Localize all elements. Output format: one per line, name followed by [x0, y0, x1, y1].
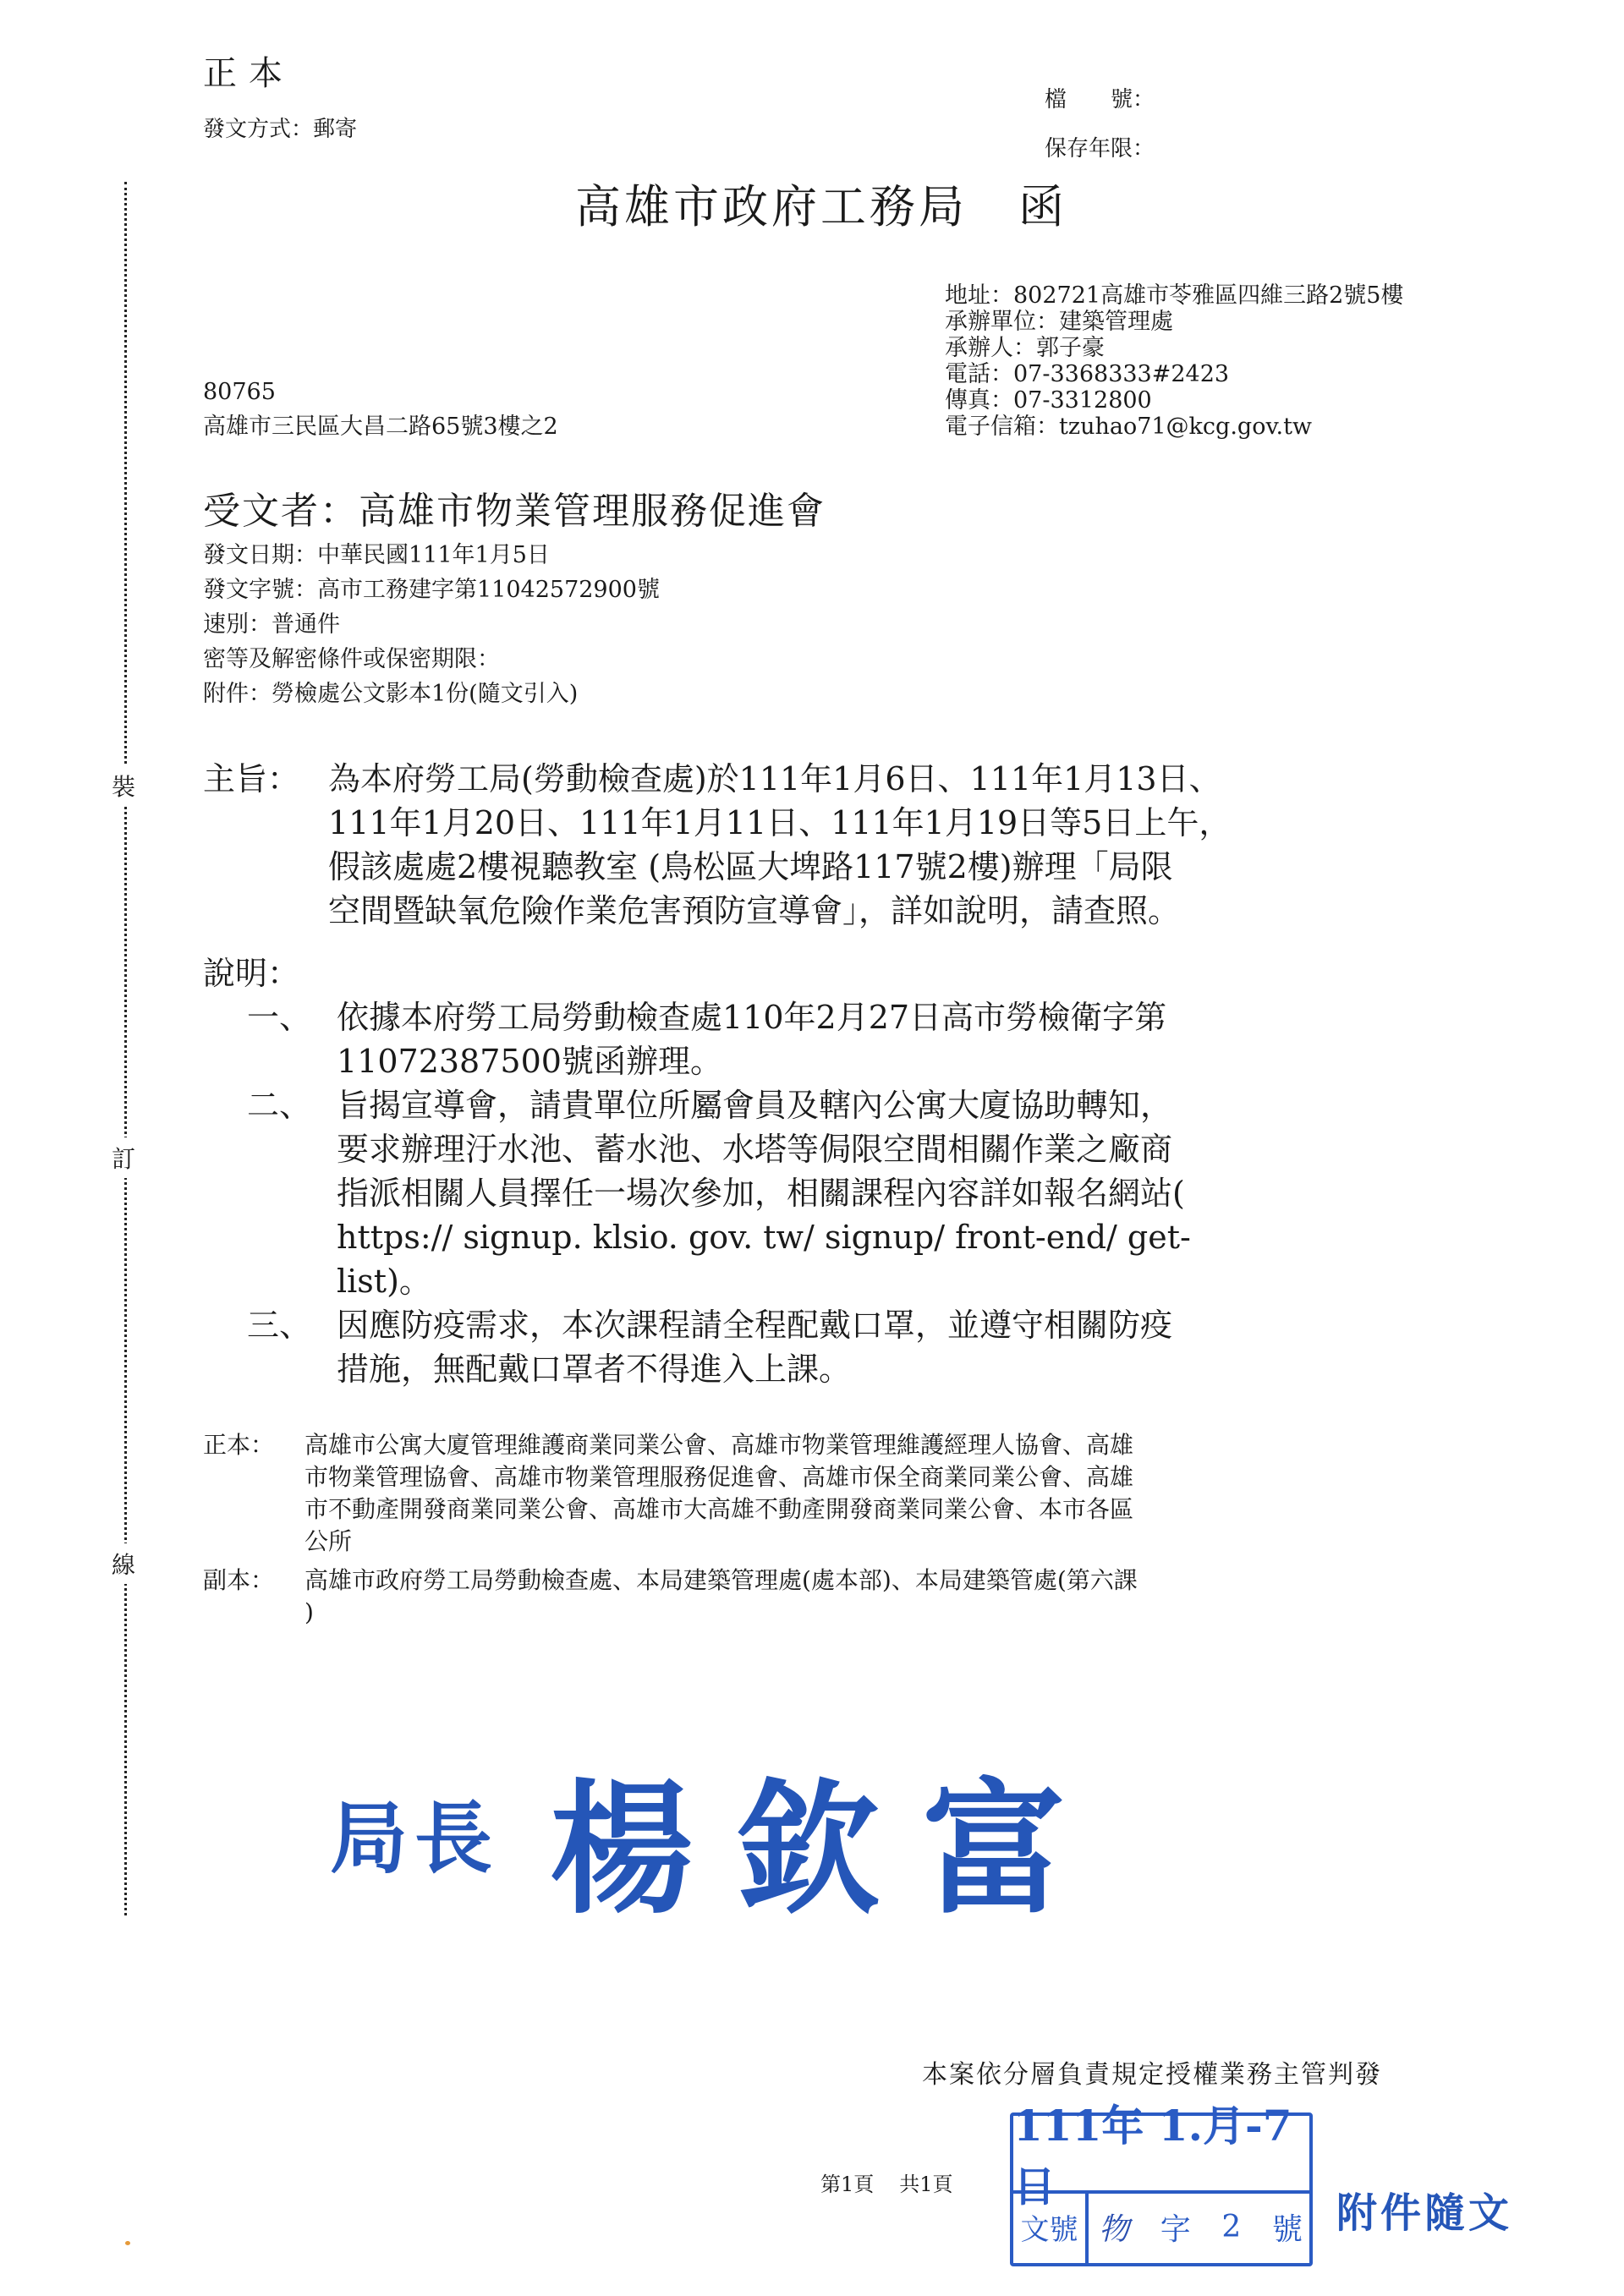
speed-class: 速別：普通件 [203, 607, 660, 642]
explanation-label: 說明： [203, 951, 1522, 995]
original-label: 正本： [203, 1429, 274, 1461]
director-signature-stamp: 局長楊欽富 [330, 1734, 1108, 1941]
copy-label: 副本： [203, 1564, 274, 1597]
subject-line: 空間暨缺氧危險作業危害預防宣導會」，詳如說明，請查照。 [328, 889, 1512, 933]
recipient-address: 高雄市三民區大昌二路65號3樓之2 [203, 408, 558, 441]
item-line: 11072387500號函辦理。 [337, 1039, 1522, 1083]
contact-address: 地址：802721高雄市苓雅區四維三路2號5樓 [945, 282, 1403, 309]
stamp-handwritten-prefix: 物 [1099, 2206, 1129, 2249]
original-line: 公所 [304, 1526, 1522, 1558]
item-number: 三、 [247, 1303, 311, 1347]
item-line: 指派相關人員擇任一場次參加，相關課程內容詳如報名網站( [337, 1171, 1522, 1215]
document-title: 高雄市政府工務局函 [575, 171, 1067, 236]
explanation-item: 二、 旨揭宣導會，請貴單位所屬會員及轄內公寓大廈協助轉知， 要求辦理汙水池、蓄水… [203, 1083, 1522, 1303]
document-meta: 發文日期：中華民國111年1月5日 發文字號：高市工務建字第1104257290… [203, 538, 660, 711]
subject-line: 假該處處2樓視聽教室 (鳥松區大埤路117號2樓)辦理「局限 [328, 845, 1512, 889]
page-number: 第1頁共1頁 [820, 2167, 953, 2197]
contact-fax: 傳真：07-3312800 [945, 387, 1403, 414]
subject-body: 為本府勞工局(勞動檢查處)於111年1月6日、111年1月13日、 111年1月… [328, 757, 1512, 933]
subject-line: 111年1月20日、111年1月11日、111年1月19日等5日上午， [328, 801, 1512, 845]
binding-mark-xian: 線 [112, 1543, 135, 1584]
explanation-item: 三、 因應防疫需求，本次課程請全程配戴口罩，並遵守相關防疫 措施，無配戴口罩者不… [203, 1303, 1522, 1391]
contact-unit: 承辦單位：建築管理處 [945, 309, 1403, 335]
original-line: 市物業管理協會、高雄市物業管理服務促進會、高雄市保全商業同業公會、高雄 [304, 1461, 1522, 1493]
original-line: 高雄市公寓大廈管理維護商業同業公會、高雄市物業管理維護經理人協會、高雄 [304, 1429, 1522, 1461]
item-line: 旨揭宣導會，請貴單位所屬會員及轄內公寓大廈協助轉知， [337, 1083, 1522, 1127]
doc-type: 函 [1018, 180, 1067, 233]
item-line: 因應防疫需求，本次課程請全程配戴口罩，並遵守相關防疫 [337, 1303, 1522, 1347]
copy-line: 高雄市政府勞工局勞動檢查處、本局建築管理處(處本部)、本局建築管處(第六課 [304, 1564, 1522, 1597]
signature-title: 局長 [330, 1793, 499, 1884]
stamp-char: 字 [1160, 2206, 1191, 2249]
stamp-docno-label: 文號 [1013, 2190, 1089, 2263]
signature-name: 楊欽富 [550, 1765, 1108, 1934]
doc-number: 發文字號：高市工務建字第11042572900號 [203, 573, 660, 607]
received-date-stamp: 111年 1.月-7日 文號 物 字 2 號 [1010, 2112, 1313, 2266]
binding-mark-zhuang: 裝 [112, 765, 135, 806]
subject-line: 為本府勞工局(勞動檢查處)於111年1月6日、111年1月13日、 [328, 757, 1512, 801]
stamp-suffix: 號 [1272, 2206, 1303, 2249]
contact-phone: 電話：07-3368333#2423 [945, 361, 1403, 387]
retention-label: 保存年限： [1045, 131, 1155, 162]
copy-type: 正本 [203, 47, 294, 95]
recipient: 受文者：高雄市物業管理服務促進會 [203, 480, 826, 534]
attachment-stamp: 附件隨文 [1336, 2180, 1512, 2238]
stamp-date: 111年 1.月-7日 [1013, 2116, 1309, 2194]
stamp-docno: 物 字 2 號 [1089, 2190, 1309, 2263]
stamp-number: 2 [1221, 2210, 1241, 2244]
item-line: 依據本府勞工局勞動檢查處110年2月27日高市勞檢衛字第 [337, 995, 1522, 1039]
send-method: 發文方式：郵寄 [203, 112, 357, 143]
item-number: 二、 [247, 1083, 311, 1127]
copy-recipients: 副本： 高雄市政府勞工局勞動檢查處、本局建築管理處(處本部)、本局建築管處(第六… [203, 1564, 1522, 1629]
recipient-zip: 80765 [203, 379, 276, 405]
secrecy-level: 密等及解密條件或保密期限： [203, 642, 660, 677]
page-total: 共1頁 [899, 2173, 952, 2196]
item-line: 措施，無配戴口罩者不得進入上課。 [337, 1347, 1522, 1391]
binding-mark-ding: 訂 [112, 1137, 135, 1178]
signup-url-line: https:// signup. klsio. gov. tw/ signup/… [337, 1215, 1522, 1259]
delegation-note: 本案依分層負責規定授權業務主管判發 [922, 2053, 1382, 2091]
copy-line: ) [304, 1597, 1522, 1629]
binding-dotted-line [124, 182, 127, 1915]
scan-artifact-dot [125, 2241, 130, 2245]
item-number: 一、 [247, 995, 311, 1039]
file-number-label: 檔 號： [1045, 82, 1155, 113]
contact-block: 地址：802721高雄市苓雅區四維三路2號5樓 承辦單位：建築管理處 承辦人：郭… [945, 282, 1403, 440]
distribution-section: 正本： 高雄市公寓大廈管理維護商業同業公會、高雄市物業管理維護經理人協會、高雄 … [203, 1429, 1522, 1629]
contact-handler: 承辦人：郭子豪 [945, 335, 1403, 361]
explanation-item: 一、 依據本府勞工局勞動檢查處110年2月27日高市勞檢衛字第 11072387… [203, 995, 1522, 1083]
item-line: 要求辦理汙水池、蓄水池、水塔等侷限空間相關作業之廠商 [337, 1127, 1522, 1171]
original-recipients: 正本： 高雄市公寓大廈管理維護商業同業公會、高雄市物業管理維護經理人協會、高雄 … [203, 1429, 1522, 1558]
page-current: 第1頁 [820, 2173, 874, 2196]
subject-label: 主旨： [203, 757, 299, 801]
explanation-section: 說明： 一、 依據本府勞工局勞動檢查處110年2月27日高市勞檢衛字第 1107… [203, 951, 1522, 1391]
item-line: list)。 [337, 1259, 1522, 1303]
contact-email: 電子信箱：tzuhao71@kcg.gov.tw [945, 414, 1403, 440]
issue-date: 發文日期：中華民國111年1月5日 [203, 538, 660, 573]
original-line: 市不動產開發商業同業公會、高雄市大高雄不動產開發商業同業公會、本市各區 [304, 1493, 1522, 1526]
agency-name: 高雄市政府工務局 [575, 180, 968, 233]
attachment-info: 附件：勞檢處公文影本1份(隨文引入) [203, 677, 660, 711]
